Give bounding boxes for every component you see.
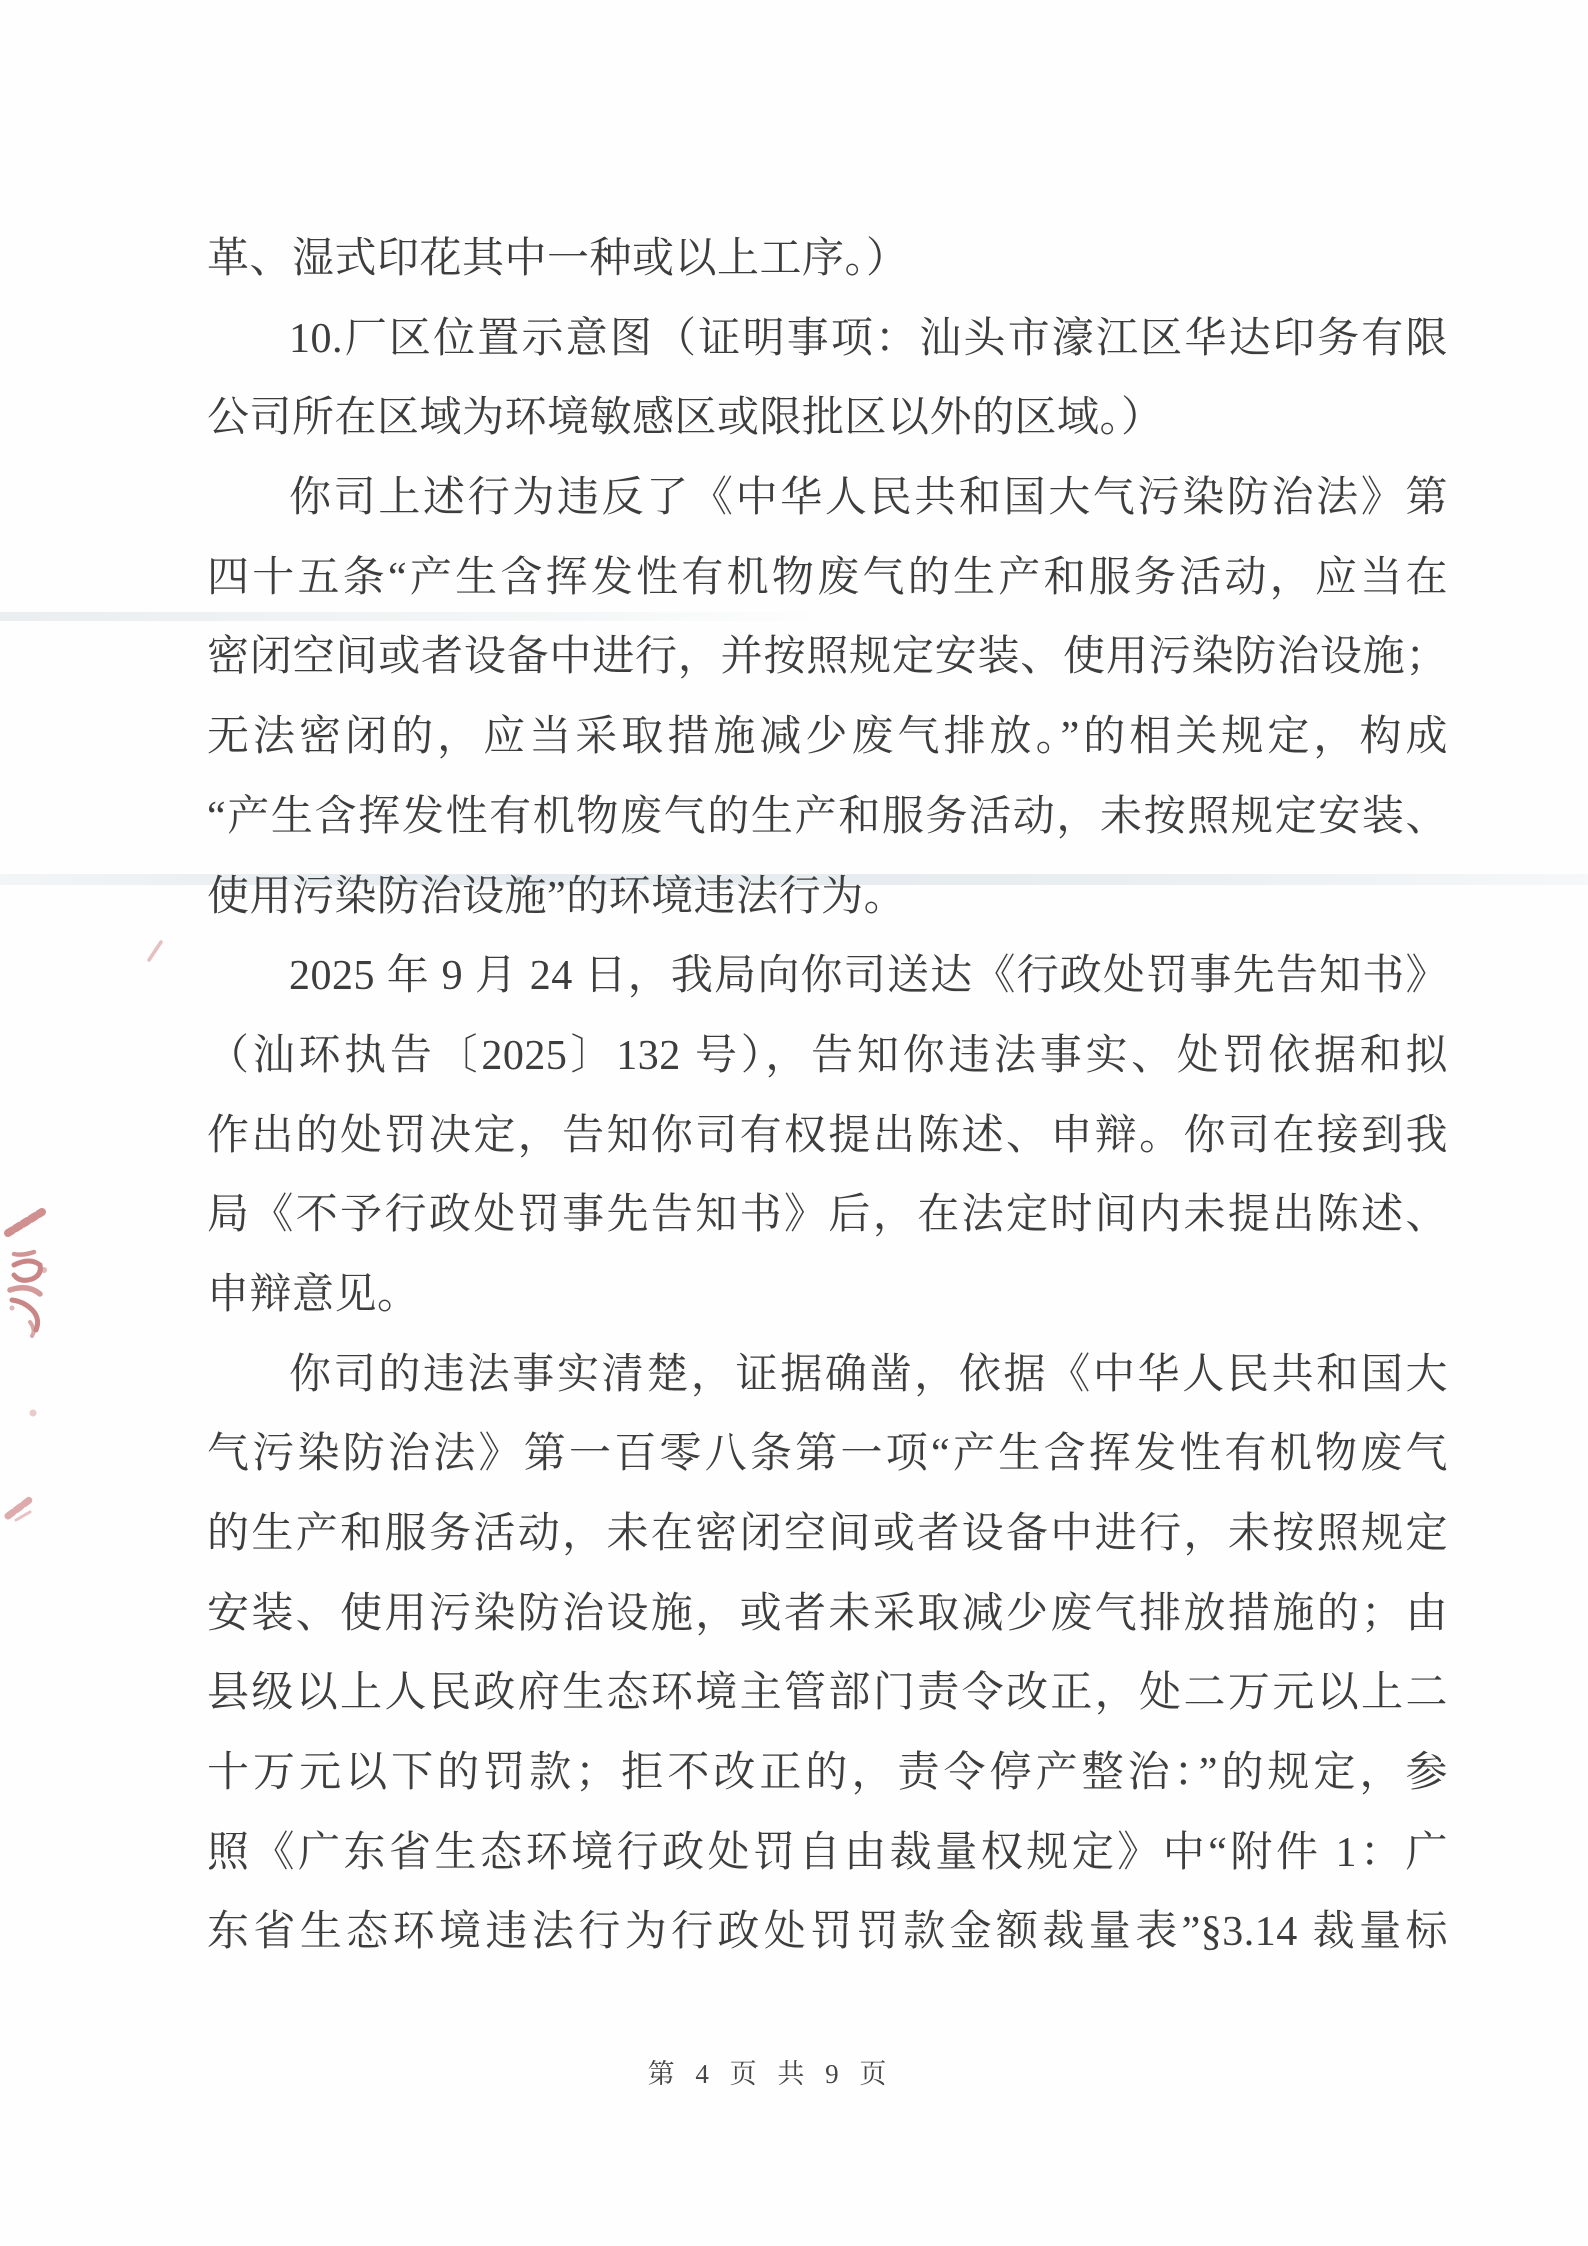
text-line: 2025 年 9 月 24 日，我局向你司送达《行政处罚事先告知书》 xyxy=(207,937,1448,1017)
text-line: 申辩意见。 xyxy=(207,1256,1448,1336)
text-line: 气污染防治法》第一百零八条第一项“产生含挥发性有机物废气 xyxy=(207,1415,1448,1495)
text-line: 四十五条“产生含挥发性有机物废气的生产和服务活动，应当在 xyxy=(207,539,1448,619)
text-line: 局《不予行政处罚事先告知书》后，在法定时间内未提出陈述、 xyxy=(207,1176,1448,1256)
text-line: 的生产和服务活动，未在密闭空间或者设备中进行，未按照规定 xyxy=(207,1495,1448,1575)
red-ink-marks xyxy=(0,1190,60,1535)
document-page: 革、湿式印花其中一种或以上工序。）10.厂区位置示意图（证明事项：汕头市濠江区华… xyxy=(0,0,1588,2246)
text-line: （汕环执告〔2025〕132 号），告知你违法事实、处罚依据和拟 xyxy=(207,1017,1448,1097)
text-block: 革、湿式印花其中一种或以上工序。）10.厂区位置示意图（证明事项：汕头市濠江区华… xyxy=(207,220,1448,1973)
text-line: 公司所在区域为环境敏感区或限批区以外的区域。） xyxy=(207,379,1448,459)
text-line: 无法密闭的，应当采取措施减少废气排放。”的相关规定，构成 xyxy=(207,698,1448,778)
text-line: 作出的处罚决定，告知你司有权提出陈述、申辩。你司在接到我 xyxy=(207,1097,1448,1177)
text-line: 你司的违法事实清楚，证据确凿，依据《中华人民共和国大 xyxy=(207,1336,1448,1416)
text-line: 10.厂区位置示意图（证明事项：汕头市濠江区华达印务有限 xyxy=(207,300,1448,380)
text-line: 照《广东省生态环境行政处罚自由裁量权规定》中“附件 1：广 xyxy=(207,1814,1448,1894)
text-line: 你司上述行为违反了《中华人民共和国大气污染防治法》第 xyxy=(207,459,1448,539)
text-line: “产生含挥发性有机物废气的生产和服务活动，未按照规定安装、 xyxy=(207,778,1448,858)
text-line: 县级以上人民政府生态环境主管部门责令改正，处二万元以上二 xyxy=(207,1654,1448,1734)
page-footer: 第 4 页 共 9 页 xyxy=(0,2052,1541,2091)
text-line: 使用污染防治设施”的环境违法行为。 xyxy=(207,858,1448,938)
red-tick-mark xyxy=(146,938,166,964)
text-line: 革、湿式印花其中一种或以上工序。） xyxy=(207,220,1448,300)
text-line: 十万元以下的罚款；拒不改正的，责令停产整治：”的规定，参 xyxy=(207,1734,1448,1814)
text-line: 安装、使用污染防治设施，或者未采取减少废气排放措施的；由 xyxy=(207,1575,1448,1655)
text-line: 密闭空间或者设备中进行，并按照规定安装、使用污染防治设施； xyxy=(207,618,1448,698)
text-line: 东省生态环境违法行为行政处罚罚款金额裁量表”§3.14 裁量标 xyxy=(207,1893,1448,1973)
